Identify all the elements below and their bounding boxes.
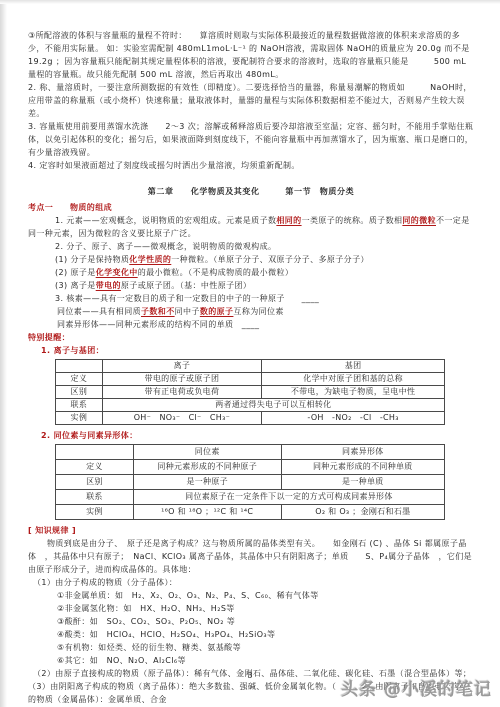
text-run: (3) 离子是 bbox=[55, 281, 96, 290]
table-cell: 同位素原子在一定条件下以一定的方式可构成同素异形体 bbox=[133, 490, 444, 505]
paragraph-atom: (2) 原子是化学变化中的最小微粒。（不是构成物质的最小微粒） bbox=[55, 266, 474, 279]
text-run: ④酸类：如 HClO₄、HClO、H₂SO₄、H₃PO₄、H₂SiO₃等 bbox=[57, 630, 275, 639]
text-run: 原子或原子团。（基：中性原子团） bbox=[121, 281, 251, 290]
watermark: 头条 @小溪的笔记 bbox=[341, 675, 492, 700]
table-cell: 基团 bbox=[262, 360, 445, 373]
text-run: (2) 原子是 bbox=[55, 268, 96, 277]
paragraph-crystal: 物质到底是由分子、 原子还是离子构成？这与物质所属的晶体类型有关。 如金刚石 (… bbox=[28, 537, 474, 576]
paragraph-redo-note: 4. 定容时如果液面超过了刻度线或摇匀时洒出少量溶液，均须重新配制。 bbox=[28, 159, 474, 172]
red-emphasis-text: 同的微粒 bbox=[402, 216, 436, 225]
text-run: 3. 容量瓶使用前要用蒸馏水洗涤 2～3 次；溶解或稀释溶质后要冷却溶液至室温；… bbox=[28, 122, 473, 157]
table-row: 区别带有正电荷或负电荷不带电，为缺电子物质，呈电中性 bbox=[56, 386, 445, 399]
text-run: 物质到底是由分子、 原子还是离子构成？这与物质所属的晶体类型有关。 如金刚石 (… bbox=[28, 539, 472, 574]
text-run: 第二章 化学物质及其变化 第一节 物质分类 bbox=[148, 187, 354, 196]
table-cell: 区别 bbox=[56, 386, 103, 399]
red-emphasis-text: 数的原子 bbox=[200, 307, 234, 316]
table-cell: 同种元素形成的不同种单质 bbox=[281, 460, 444, 475]
table-cell: 化学中对原子团和基的总称 bbox=[262, 373, 445, 386]
table-cell: 带有正电荷或负电荷 bbox=[102, 386, 261, 399]
text-run: 3. 核素——具有一定数目的质子和一定数目的中子的一种原子 ____ bbox=[55, 294, 319, 303]
text-run: 2. 称、量溶质时，一要注意所测数据的有效性（即精度）。二要选择恰当的量器，称量… bbox=[28, 83, 472, 118]
table-cell bbox=[56, 445, 134, 460]
table-cell: 两者通过得失电子可以互相转化 bbox=[102, 399, 444, 412]
paragraph-element: 1. 元素——宏观概念，说明物质的宏观组成。元素是质子数相同的一类原子的统称。质… bbox=[28, 214, 474, 240]
paragraph-micro: 2. 分子、原子、离子——微观概念，说明物质的微观构成。 bbox=[28, 240, 474, 253]
special-reminder-heading: 特别提醒： bbox=[28, 331, 474, 344]
table-cell: 定义 bbox=[56, 373, 103, 386]
table-row: 定义同种元素形成的不同种原子同种元素形成的不同种单质 bbox=[56, 460, 445, 475]
table-cell: 不带电，为缺电子物质，呈电中性 bbox=[262, 386, 445, 399]
table-row: 离子基团 bbox=[56, 360, 445, 373]
text-run: 同位素——具有相同质 bbox=[57, 307, 141, 316]
table-cell: 定义 bbox=[56, 460, 134, 475]
paragraph-nuclide: 3. 核素——具有一定数目的质子和一定数目的中子的一种原子 ____ bbox=[55, 292, 474, 305]
list-others: ⑥其它：如 NO、N₂O、Al₂Cl₆等 bbox=[57, 654, 474, 667]
table-row: 同位素同素异形体 bbox=[56, 445, 445, 460]
table-cell: -OH -NO₂ -Cl -CH₃ bbox=[262, 412, 445, 425]
ion-vs-radical-table: 离子基团定义带电的原子或原子团化学中对原子团和基的总称区别带有正电荷或负电荷不带… bbox=[55, 359, 445, 425]
text-run: 2. 分子、原子、离子——微观概念，说明物质的微观构成。 bbox=[55, 242, 276, 251]
table-cell: 同素异形体 bbox=[281, 445, 444, 460]
list-acids: ④酸类：如 HClO₄、HClO、H₂SO₄、H₃PO₄、H₂SiO₃等 bbox=[57, 628, 474, 641]
knowledge-rule-heading: [ 知识规律 ] bbox=[28, 524, 474, 537]
document-body-container: ③所配溶液的体积与容量瓶的量程不符时： 算溶质时则取与实际体积最接近的量程数据做… bbox=[0, 0, 500, 707]
red-emphasis-text: 带电的 bbox=[96, 281, 121, 290]
text-run: ③所配溶液的体积与容量瓶的量程不符时： 算溶质时则取与实际体积最接近的量程数据做… bbox=[28, 31, 470, 79]
table-cell: 同种元素形成的不同种原子 bbox=[133, 460, 281, 475]
paragraph-molecular-crystal: （1）由分子构成的物质（分子晶体）： bbox=[28, 576, 474, 589]
red-emphasis-text: 化学变化中 bbox=[96, 268, 138, 277]
table-row: 实例OH⁻ NO₃⁻ Cl⁻ CH₃⁻-OH -NO₂ -Cl -CH₃ bbox=[56, 412, 445, 425]
text-run: (1) 分子是保持物质 bbox=[55, 255, 129, 264]
table-cell bbox=[56, 360, 103, 373]
isotope-vs-allotrope-table: 同位素同素异形体定义同种元素形成的不同种原子同种元素形成的不同种单质区别是一种原… bbox=[55, 444, 445, 520]
text-run: （1）由分子构成的物质（分子晶体）： bbox=[33, 578, 177, 587]
table-row: 定义带电的原子或原子团化学中对原子团和基的总称 bbox=[56, 373, 445, 386]
table-cell: 实例 bbox=[56, 412, 103, 425]
document-page: ③所配溶液的体积与容量瓶的量程不符时： 算溶质时则取与实际体积最接近的量程数据做… bbox=[0, 0, 500, 707]
table-row: 实例¹⁶O 和 ¹⁸O ；¹²C 和 ¹⁴CO₂ 和 O₃ ；金刚石和石墨 bbox=[56, 505, 445, 520]
table-cell: OH⁻ NO₃⁻ Cl⁻ CH₃⁻ bbox=[102, 412, 261, 425]
red-emphasis-text: 化学性质的 bbox=[129, 255, 171, 264]
text-run: ⑤有机物：如烃类、烃的衍生物、糖类、氨基酸等 bbox=[57, 643, 241, 652]
paragraph-allotrope: 同素异形体——同种元素形成的结构不同的单质 ____ bbox=[57, 318, 474, 331]
text-run: ②非金属氢化物：如 HX、H₂O、NH₃、H₂S等 bbox=[57, 604, 235, 613]
table-cell: 是一种单质 bbox=[281, 475, 444, 490]
text-run: ③酸酐：如 SO₂、CO₂、SO₃、P₂O₅、NO₂ 等 bbox=[57, 617, 235, 626]
table2-title: 2. 同位素与同素异形体： bbox=[41, 429, 474, 442]
table-cell: O₂ 和 O₃ ；金刚石和石墨 bbox=[281, 505, 444, 520]
table-cell: ¹⁶O 和 ¹⁸O ；¹²C 和 ¹⁴C bbox=[133, 505, 281, 520]
table-cell: 实例 bbox=[56, 505, 134, 520]
text-run: ⑥其它：如 NO、N₂O、Al₂Cl₆等 bbox=[57, 656, 186, 665]
text-run: 同中子 bbox=[175, 307, 200, 316]
paragraph-ion: (3) 离子是带电的原子或原子团。（基：中性原子团） bbox=[55, 279, 474, 292]
table-cell: 是一种原子 bbox=[133, 475, 281, 490]
paragraph-isotope: 同位素——具有相同质子数和不同中子数的原子互称为同位素 bbox=[57, 305, 474, 318]
table-cell: 联系 bbox=[56, 490, 134, 505]
text-run: 1. 离子与基团： bbox=[41, 346, 104, 355]
table-row: 区别是一种原子是一种单质 bbox=[56, 475, 445, 490]
list-acid-anhydride: ③酸酐：如 SO₂、CO₂、SO₃、P₂O₅、NO₂ 等 bbox=[57, 615, 474, 628]
section-heading-kaodian: 考点一 物质的组成 bbox=[28, 201, 474, 214]
document-content: ③所配溶液的体积与容量瓶的量程不符时： 算溶质时则取与实际体积最接近的量程数据做… bbox=[28, 29, 474, 706]
text-run: [ 知识规律 ] bbox=[28, 526, 76, 535]
table-cell: 区别 bbox=[56, 475, 134, 490]
paragraph-molecule: (1) 分子是保持物质化学性质的一种微粒。（单原子分子、双原子分子、多原子分子） bbox=[55, 253, 474, 266]
text-run: 一类原子的统称。质子数相 bbox=[302, 216, 403, 225]
text-run: ①非金属单质：如 H₂、X₂、O₂、O₃、N₂、P₄、S、C₆₀、稀有气体等 bbox=[57, 591, 319, 600]
text-run: 特别提醒： bbox=[28, 333, 70, 342]
table1-title: 1. 离子与基团： bbox=[41, 344, 474, 357]
list-nonmetal-element: ①非金属单质：如 H₂、X₂、O₂、O₃、N₂、P₄、S、C₆₀、稀有气体等 bbox=[57, 589, 474, 602]
chapter-heading: 第二章 化学物质及其变化 第一节 物质分类 bbox=[28, 185, 474, 198]
paragraph-volume-note: ③所配溶液的体积与容量瓶的量程不符时： 算溶质时则取与实际体积最接近的量程数据做… bbox=[28, 29, 474, 81]
table-row: 联系同位素原子在一定条件下以一定的方式可构成同素异形体 bbox=[56, 490, 445, 505]
table-cell: 联系 bbox=[56, 399, 103, 412]
text-run: 1. 元素——宏观概念，说明物质的宏观组成。元素是质子数 bbox=[55, 216, 276, 225]
table-cell: 离子 bbox=[102, 360, 261, 373]
table-row: 联系两者通过得失电子可以互相转化 bbox=[56, 399, 445, 412]
list-organics: ⑤有机物：如烃类、烃的衍生物、糖类、氨基酸等 bbox=[57, 641, 474, 654]
red-emphasis-text: 子数和不 bbox=[141, 307, 175, 316]
paragraph-weighing-note: 2. 称、量溶质时，一要注意所测数据的有效性（即精度）。二要选择恰当的量器，称量… bbox=[28, 81, 474, 120]
table-cell: 同位素 bbox=[133, 445, 281, 460]
text-run: 互称为同位素 bbox=[233, 307, 283, 316]
text-run: 考点一 物质的组成 bbox=[28, 203, 112, 212]
text-run: 的最小微粒。（不是构成物质的最小微粒） bbox=[138, 268, 294, 277]
text-run: 同素异形体——同种元素形成的结构不同的单质 ____ bbox=[57, 320, 259, 329]
text-run: 2. 同位素与同素异形体： bbox=[41, 431, 138, 440]
text-run: 4. 定容时如果液面超过了刻度线或摇匀时洒出少量溶液，均须重新配制。 bbox=[28, 161, 300, 170]
list-nonmetal-hydride: ②非金属氢化物：如 HX、H₂O、NH₃、H₂S等 bbox=[57, 602, 474, 615]
table-cell: 带电的原子或原子团 bbox=[102, 373, 261, 386]
red-emphasis-text: 相同的 bbox=[276, 216, 301, 225]
text-run: 一种微粒。（单原子分子、双原子分子、多原子分子） bbox=[171, 255, 369, 264]
paragraph-flask-note: 3. 容量瓶使用前要用蒸馏水洗涤 2～3 次；溶解或稀释溶质后要冷却溶液至室温；… bbox=[28, 120, 474, 159]
